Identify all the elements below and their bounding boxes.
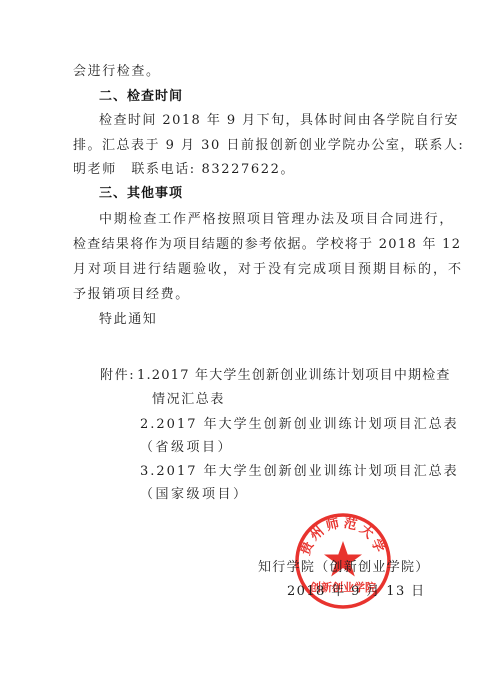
paragraph-line: 检查时间 2018 年 9 月下旬，具体时间由各学院自行安 <box>99 113 459 129</box>
section-heading-inspection-time: 二、检查时间 <box>99 89 183 105</box>
attachment-item-3-cont: （国家级项目） <box>140 487 249 503</box>
section-heading-other-matters: 三、其他事项 <box>99 186 183 202</box>
paragraph-line: 月对项目进行结题验收，对于没有完成项目预期目标的，不 <box>73 262 463 278</box>
paragraph-line: 排。汇总表于 9 月 30 日前报创新创业学院办公室，联系人: <box>73 138 464 154</box>
paragraph-line: 予报销项目经费。 <box>73 287 190 303</box>
notice-closing: 特此通知 <box>99 312 157 328</box>
attachment-item-2-cont: （省级项目） <box>140 440 233 456</box>
paragraph-line: 中期检查工作严格按照项目管理办法及项目合同进行， <box>99 212 454 228</box>
attachment-item-2: 2.2017 年大学生创新创业训练计划项目汇总表 <box>140 417 459 433</box>
attachment-item-3: 3.2017 年大学生创新创业训练计划项目汇总表 <box>140 464 459 480</box>
paragraph-line: 会进行检查。 <box>73 64 161 80</box>
signature-date: 2018 年 9 月 13 日 <box>287 584 426 600</box>
attachment-item-1-cont: 情况汇总表 <box>152 392 225 408</box>
contact-line: 明老师 联系电话: 83227622。 <box>73 162 295 178</box>
attachment-item-1: 1.2017 年大学生创新创业训练计划项目中期检查 <box>137 368 451 384</box>
signature-organization: 知行学院（创新创业学院） <box>258 560 430 576</box>
attachments-label: 附件: <box>100 368 135 384</box>
paragraph-line: 检查结果将作为项目结题的参考依据。学校将于 2018 年 12 <box>73 237 461 253</box>
